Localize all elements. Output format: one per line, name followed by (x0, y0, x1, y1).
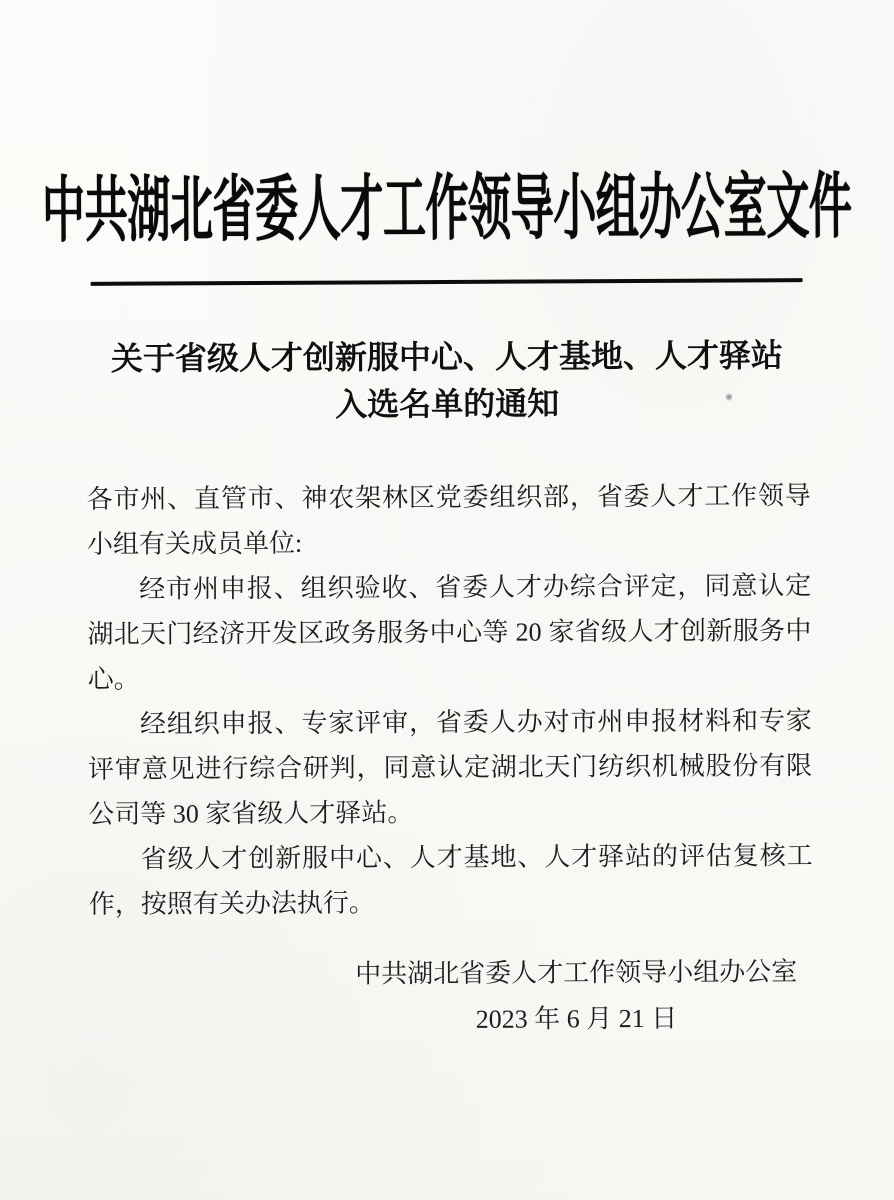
signoff-block: 中共湖北省委人才工作领导小组办公室 2023 年 6 月 21 日 (3, 949, 894, 1046)
document-title: 关于省级人才创新服中心、人才基地、人才驿站 入选名单的通知 (60, 332, 834, 430)
signature-organization: 中共湖北省委人才工作领导小组办公室 (355, 949, 797, 997)
signature-block: 中共湖北省委人才工作领导小组办公室 2023 年 6 月 21 日 (355, 949, 797, 1043)
scanned-document-page: 中共湖北省委人才工作领导小组办公室文件 关于省级人才创新服中心、人才基地、人才驿… (0, 0, 894, 1200)
letterhead-title: 中共湖北省委人才工作领导小组办公室文件 (41, 148, 851, 256)
scan-artifact-speck (725, 393, 733, 401)
letterhead-divider-rule (91, 278, 803, 286)
document-body: 各市州、直管市、神农架林区党委组织部，省委人才工作领导小组有关成员单位: 经市州… (87, 473, 813, 927)
body-paragraph-2: 经组织申报、专家评审，省委人办对市州申报材料和专家评审意见进行综合研判，同意认定… (88, 698, 813, 837)
document-title-line2: 入选名单的通知 (335, 385, 559, 422)
signature-date: 2023 年 6 月 21 日 (355, 995, 797, 1043)
document-content: 中共湖北省委人才工作领导小组办公室文件 关于省级人才创新服中心、人才基地、人才驿… (0, 0, 894, 1200)
letterhead: 中共湖北省委人才工作领导小组办公室文件 (0, 146, 893, 259)
document-title-line1: 关于省级人才创新服中心、人才基地、人才驿站 (111, 337, 783, 377)
salutation-paragraph: 各市州、直管市、神农架林区党委组织部，省委人才工作领导小组有关成员单位: (87, 473, 811, 567)
body-paragraph-3: 省级人才创新服中心、人才基地、人才驿站的评估复核工作，按照有关办法执行。 (88, 833, 812, 927)
body-paragraph-1: 经市州申报、组织验收、省委人才办综合评定，同意认定湖北天门经济开发区政务服务中心… (87, 563, 812, 702)
